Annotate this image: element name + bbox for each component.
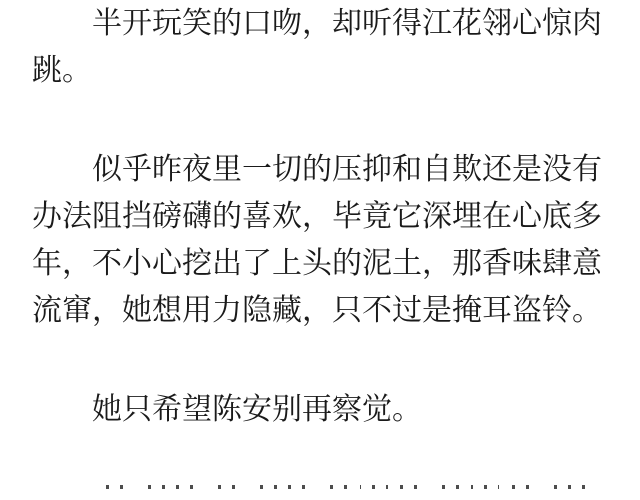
text-line: 她只希望陈安别再察觉。 [32,386,610,433]
text-line: 流窜，她想用力隐藏，只不过是掩耳盗铃。 [32,287,610,334]
truncated-text-line [92,485,585,489]
paragraph: 她只希望陈安别再察觉。 [32,386,610,433]
text-line: 年，不小心挖出了上头的泥土，那香味肆意 [32,240,610,287]
text-line: 跳。 [32,47,610,94]
text-line: 半开玩笑的口吻，却听得江花翎心惊肉 [32,0,610,47]
paragraph: 半开玩笑的口吻，却听得江花翎心惊肉 跳。 [32,0,610,94]
text-line: 办法阻挡磅礴的喜欢，毕竟它深埋在心底多 [32,193,610,240]
ebook-reader-screenshot: { "page": { "background_color": "#ffffff… [0,0,640,500]
paragraph: 似乎昨夜里一切的压抑和自欺还是没有 办法阻挡磅礴的喜欢，毕竟它深埋在心底多 年，… [32,146,610,334]
reader-page: 半开玩笑的口吻，却听得江花翎心惊肉 跳。 似乎昨夜里一切的压抑和自欺还是没有 办… [0,0,640,500]
text-line: 似乎昨夜里一切的压抑和自欺还是没有 [32,146,610,193]
